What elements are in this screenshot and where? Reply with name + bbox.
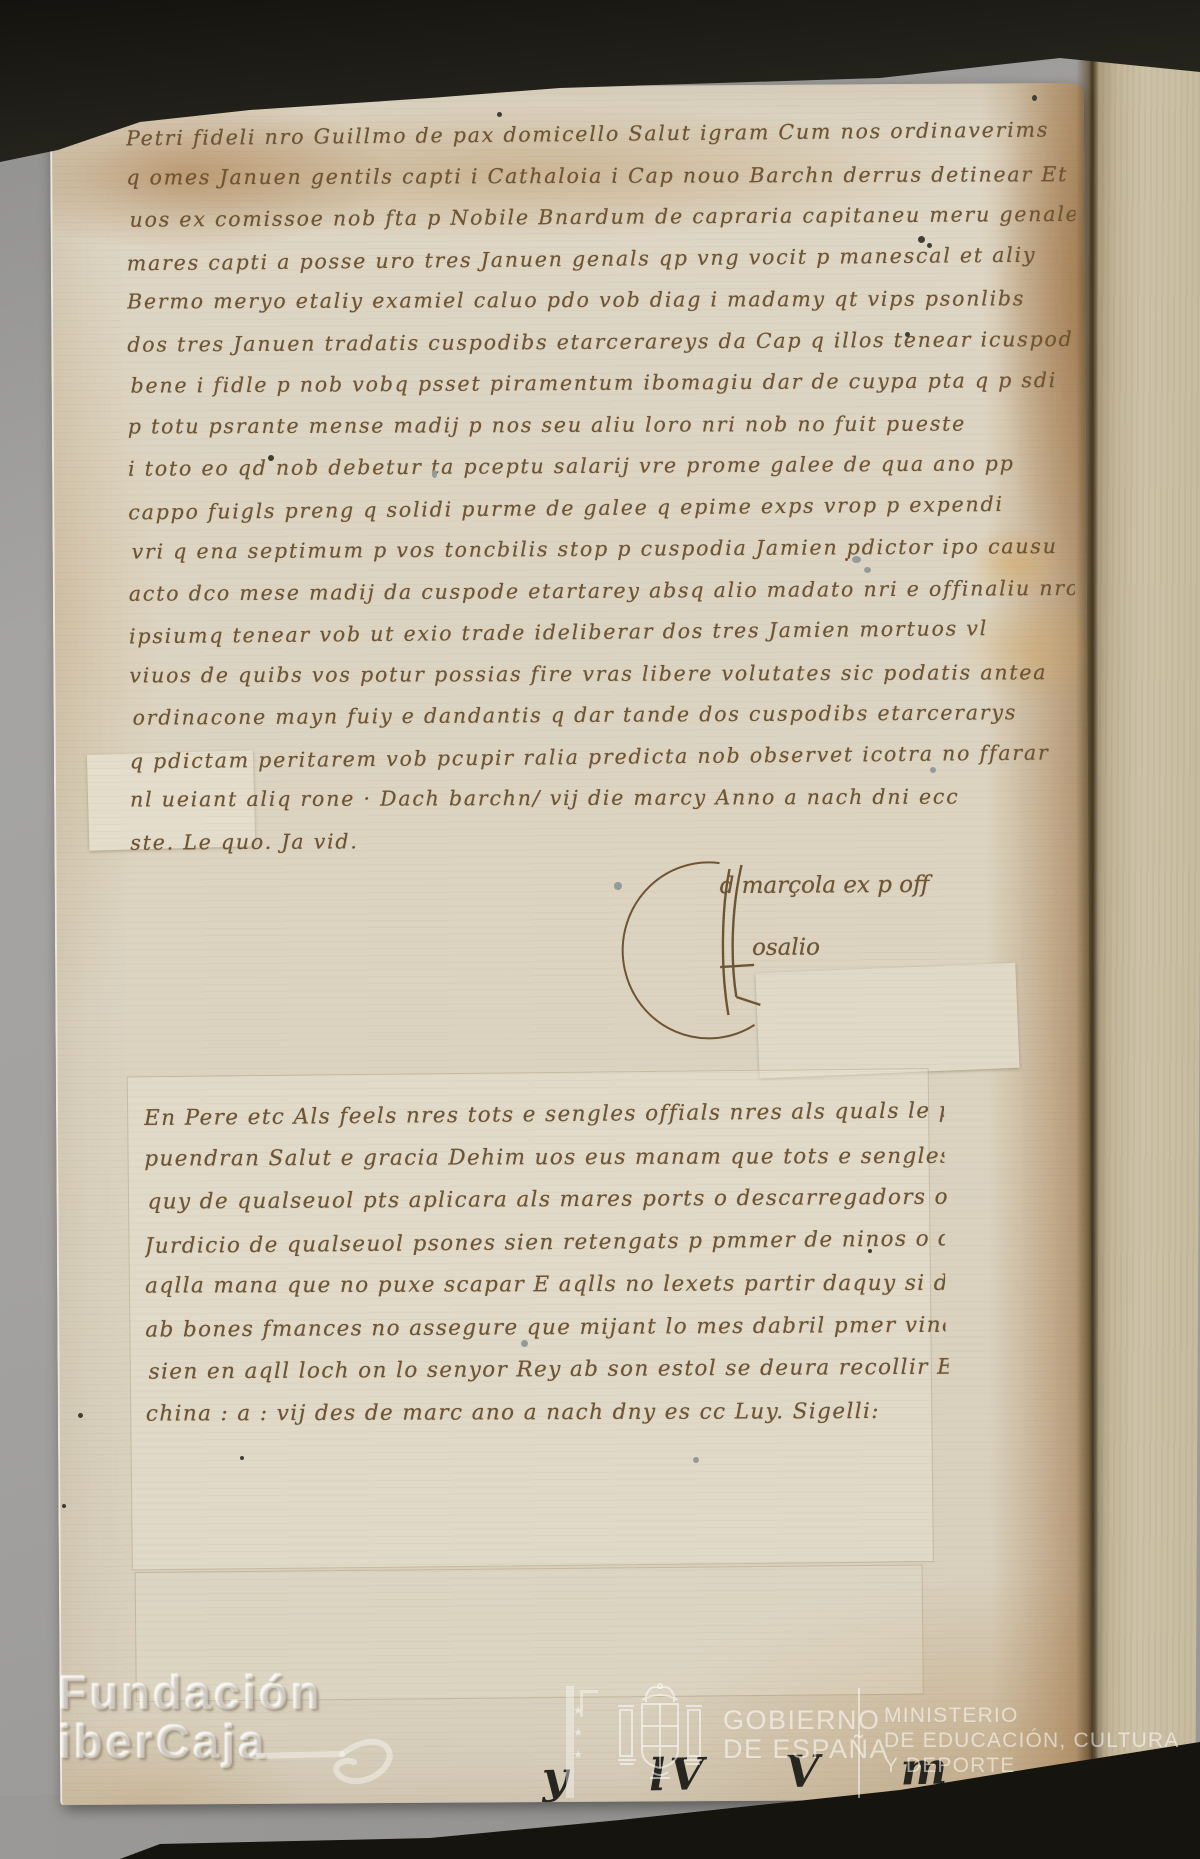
manuscript-line: Petri fideli nro Guillmo de pax domicell… — [126, 109, 1072, 160]
manuscript-line: mares capti a posse uro tres Januen gena… — [127, 234, 1073, 285]
filled-hole — [864, 567, 871, 573]
ministerio-watermark-line1: MINISTERIO — [884, 1703, 1180, 1728]
filled-hole — [930, 767, 936, 773]
ink-spot — [62, 1504, 66, 1508]
manuscript-page: Petri fideli nro Guillmo de pax domicell… — [50, 83, 1094, 1805]
manuscript-line: nl ueiant aliq rone · Dach barchn/ vij d… — [130, 776, 1076, 821]
filled-hole — [852, 556, 861, 563]
ministerio-watermark-line2: DE EDUCACIÓN, CULTURA — [884, 1728, 1180, 1753]
filled-hole — [521, 1340, 528, 1347]
ink-spot — [927, 243, 932, 248]
royal-signature: d marçola ex p off osalio — [601, 846, 962, 1048]
manuscript-line: cappo fuigls preng q solidi purme de gal… — [128, 483, 1074, 534]
ink-spot — [868, 1249, 872, 1253]
filled-hole — [432, 470, 437, 478]
filled-hole — [614, 882, 622, 890]
manuscript-line: i toto eo qd nob debetur ta pceptu salar… — [128, 443, 1074, 490]
manuscript-line: acto dco mese madij da cuspode etartarey… — [129, 567, 1075, 614]
fundacion-watermark-line1: Fundación — [58, 1668, 323, 1717]
gobierno-watermark-line2: DE ESPAÑA — [723, 1735, 889, 1764]
manuscript-line: aqlla mana que no puxe scapar E aqlls no… — [145, 1263, 945, 1308]
latin-letter-paragraph: Petri fideli nro Guillmo de pax domicell… — [126, 111, 1077, 864]
adjacent-folio-edge — [1081, 58, 1200, 1779]
ibercaja-logo-icon — [246, 1712, 406, 1798]
watermark-divider — [858, 1688, 860, 1798]
ink-spot — [240, 1456, 244, 1460]
star-icon: ★ — [571, 1700, 585, 1722]
gutter-shadow — [1076, 60, 1098, 1770]
manuscript-line: dos tres Januen tradatis cuspodibs etarc… — [127, 318, 1073, 365]
manuscript-line: china : a : vij des de marc ano a nach d… — [146, 1390, 946, 1435]
manuscript-line: q omes Januen gentils capti i Cathaloia … — [126, 154, 1072, 199]
ink-spot — [1032, 95, 1037, 101]
red-speck — [845, 558, 848, 561]
manuscript-line: uos ex comissoe nob fta p Nobile Bnardum… — [129, 194, 1075, 241]
filled-hole — [693, 1457, 699, 1463]
manuscript-line: q pdictam peritarem vob pcupir ralia pre… — [130, 732, 1076, 783]
manuscript-line: viuos de quibs vos potur possias fire vr… — [129, 652, 1075, 697]
manuscript-line: Bermo meryo etaliy examiel caluo pdo vob… — [127, 278, 1073, 323]
manuscript-line: vri q ena septimum p vos toncbilis stop … — [131, 526, 1077, 573]
ink-spot — [918, 236, 925, 243]
gobierno-watermark: GOBIERNO DE ESPAÑA — [723, 1706, 889, 1764]
ink-spot — [497, 112, 502, 117]
manuscript-line: En Pere etc Als feels nres tots e sengle… — [144, 1090, 944, 1140]
star-icon: ★ — [571, 1722, 585, 1744]
manuscript-line: quy de qualseuol pts aplicara als mares … — [147, 1177, 947, 1224]
manuscript-line: p totu psrante mense madij p nos seu ali… — [128, 403, 1074, 448]
ink-spot — [78, 1413, 83, 1418]
gobierno-watermark-line1: GOBIERNO — [723, 1706, 889, 1735]
ink-spot — [268, 455, 274, 461]
photo-stage: Petri fideli nro Guillmo de pax domicell… — [0, 0, 1200, 1859]
ministerio-watermark: MINISTERIO DE EDUCACIÓN, CULTURA Y DEPOR… — [884, 1703, 1180, 1778]
manuscript-line: Jurdicio de qualseuol psones sien reteng… — [145, 1218, 945, 1268]
signature-text: osalio — [752, 934, 820, 960]
manuscript-line: sien en aqll loch on lo senyor Rey ab so… — [148, 1347, 948, 1394]
star-icon: ★ — [571, 1744, 585, 1766]
signature-text: d marçola ex p off — [720, 872, 930, 899]
ministerio-watermark-line3: Y DEPORTE — [884, 1753, 1180, 1778]
manuscript-line: puendran Salut e gracia Dehim uos eus ma… — [144, 1135, 944, 1180]
manuscript-line: ipsiumq tenear vob ut exio trade idelibe… — [129, 607, 1075, 658]
manuscript-line: ab bones fmances no assegure que mijant … — [145, 1304, 945, 1351]
manuscript-line: ordinacone mayn fuiy e dandantis q dar t… — [132, 692, 1078, 739]
ink-spot — [905, 332, 910, 337]
flag-stars-watermark: ★ ★ ★ — [571, 1700, 585, 1766]
spain-coat-of-arms-icon — [608, 1680, 712, 1790]
manuscript-line: bene i fidle p nob vobq psset piramentum… — [130, 360, 1076, 407]
catalan-order-paragraph: En Pere etc Als feels nres tots e sengle… — [144, 1092, 946, 1437]
